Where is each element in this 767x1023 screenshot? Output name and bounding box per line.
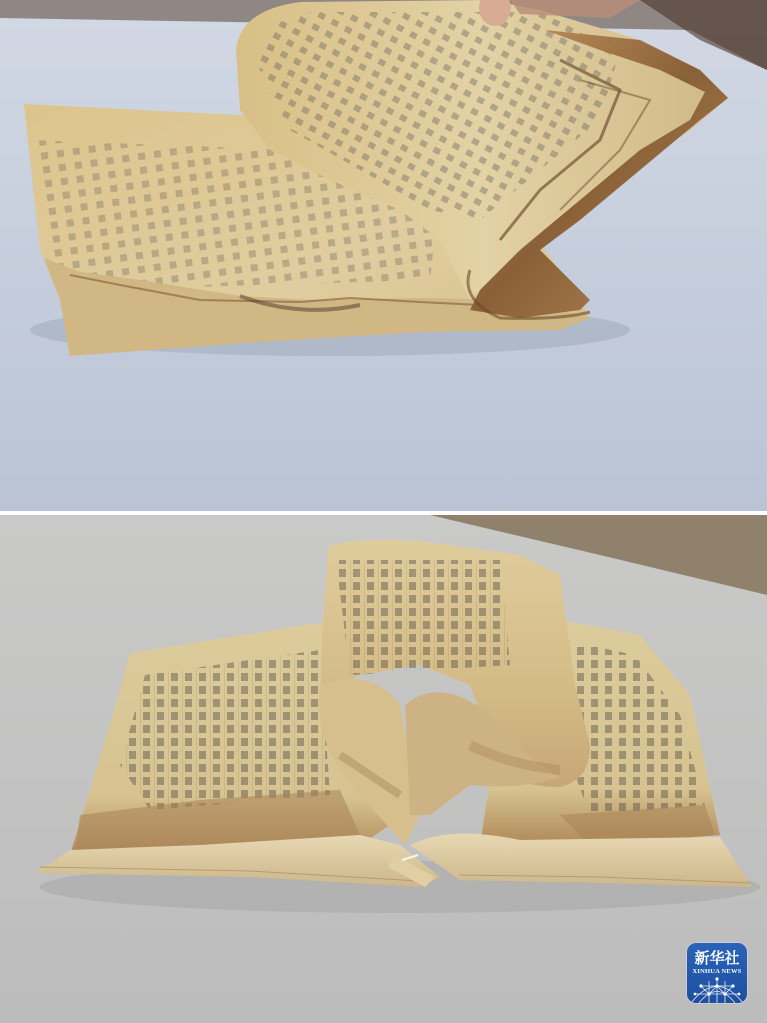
globe-network-icon — [687, 976, 747, 1003]
top-photo-panel — [0, 0, 767, 511]
bottom-photo-scene — [0, 515, 767, 1023]
top-photo-scene — [0, 0, 767, 511]
xinhua-news-logo: 新华社 XINHUA NEWS — [687, 943, 747, 1003]
logo-chinese-text: 新华社 — [687, 947, 747, 968]
logo-english-text: XINHUA NEWS — [687, 968, 747, 975]
bottom-photo-panel: 新华社 XINHUA NEWS — [0, 515, 767, 1023]
